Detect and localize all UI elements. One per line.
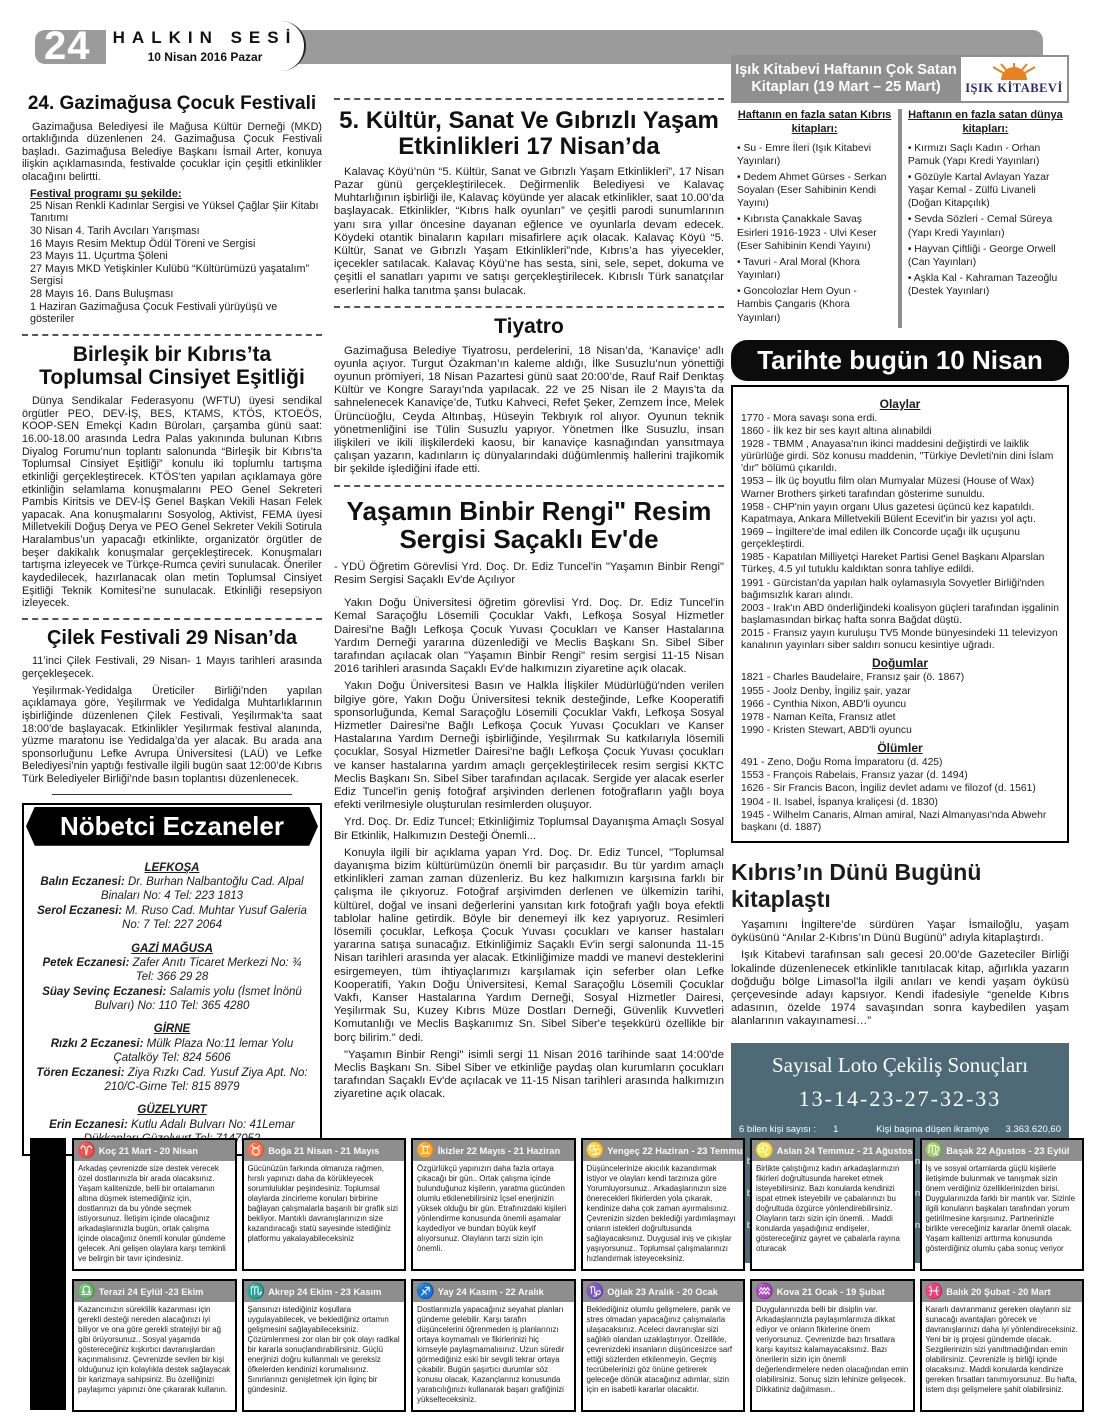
article-body: Konuyla ilgili bir açıklama yapan Yrd. D… [334,847,724,1045]
pharmacies-title: Nöbetci Eczaneler [26,807,318,846]
gemini-icon: ♊ [416,1143,435,1158]
program-item: 1 Haziran Gazimağusa Çocuk Festivali yür… [22,301,322,326]
program-item: 28 Mayıs 16. Dans Buluşması [22,288,322,301]
horoscope-text: Düşüncelerinize akıcılık kazandırmak ist… [583,1161,744,1267]
horoscope-card-terazi: ♎Terazi 24 Eylül -23 Ekim Kazancınızın s… [72,1279,237,1412]
article-title-festival: 24. Gazimağusa Çocuk Festivali [22,94,322,115]
bestseller-list-world: Haftanın en fazla satan dünya kitapları:… [902,109,1069,328]
article-body: Yeşilırmak-Yedidalga Üreticiler Birliği’… [22,685,322,786]
newspaper-page: 24 HALKIN SESİ 10 Nisan 2016 Pazar 24. G… [0,0,1102,1417]
pharmacy-detail: Ziya Rızkı Cad. Yusuf Ziya Apt. No: 210/… [104,1067,307,1093]
book-item: • Hayvan Çiftliği - George Orwell (Can Y… [908,243,1063,269]
horoscope-header: ♍Başak 22 Ağustos - 23 Eylül [922,1140,1083,1161]
section-header-births: Doğumlar [741,656,1059,670]
article-body: "Yaşamın Binbir Rengi" isimli sergi 11 N… [334,1049,724,1102]
horoscope-text: Kararlı davranmanız gereken olayların si… [922,1302,1083,1398]
city-header: GİRNE [34,1022,310,1036]
pharmacy-entry: Balın Eczanesi: Dr. Burhan Nalbantoğlu C… [34,875,310,904]
libra-icon: ♎ [77,1284,96,1299]
horoscope-text: Birlikte çalıştığınız kadın arkadaşların… [752,1161,913,1257]
city-header: LEFKOŞA [34,861,310,875]
horoscope-card-yay: ♐Yay 24 Kasım - 22 Aralık Dostlarınızla … [411,1279,576,1412]
pharmacy-name: Petek Eczanesi: [43,957,130,969]
aries-icon: ♈ [77,1143,96,1158]
horoscope-card-akrep: ♏Akrep 24 Ekim - 23 Kasım Şansınızı iste… [242,1279,407,1412]
horoscope-text: Gücünüzün farkında olmanıza rağmen, hırs… [244,1161,405,1247]
horoscope-text: Özgürlükçü yapınızın daha fazla ortaya ç… [413,1161,574,1257]
horoscope-header: ♉Boğa 21 Nisan - 21 Mayıs [244,1140,405,1161]
history-item: 1553 - François Rabelais, Fransız yazar … [741,770,1059,782]
article-body: Gazimağusa Belediye Tiyatrosu, perdeleri… [334,345,724,477]
program-item: 25 Nisan Renkli Kadınlar Sergisi ve Yüks… [22,200,322,225]
history-item: 1955 - Joolz Denby, İngiliz şair, yazar [741,686,1059,698]
pharmacy-entry: Serol Eczanesi: M. Ruso Cad. Muhtar Yusu… [34,904,310,933]
horoscope-title: Aslan 24 Temmuz - 21 Ağustos [777,1146,913,1156]
lotto-title: Sayısal Loto Çekiliş Sonuçları [739,1053,1061,1078]
sagittarius-icon: ♐ [416,1284,435,1299]
section-header-events: Olaylar [741,397,1059,411]
pharmacy-name: Erin Eczanesi: [49,1119,128,1131]
masthead: HALKIN SESİ 10 Nisan 2016 Pazar [106,21,306,71]
article-body: Gazimağusa Belediyesi ile Mağusa Kültür … [22,121,322,184]
pharmacy-name: Rızkı 2 Eczanesi: [51,1038,144,1050]
horoscope-header: ♊İkizler 22 Mayıs - 21 Haziran [413,1140,574,1161]
horoscope-header: ♑Oğlak 23 Aralık - 20 Ocak [583,1281,744,1302]
newspaper-title: HALKIN SESİ [113,28,298,48]
program-item: 27 Mayıs MKD Yetişkinler Kulübü “Kültürü… [22,263,322,288]
history-item: 1770 - Mora savaşı sona erdi. [741,413,1059,425]
left-column: 24. Gazimağusa Çocuk Festivali Gazimağus… [22,90,322,1156]
lotto-numbers: 13-14-23-27-32-33 [739,1086,1061,1112]
list-header: Haftanın en fazla satan dünya kitapları: [908,109,1063,137]
horoscope-title: Terazi 24 Eylül -23 Ekim [99,1287,204,1297]
pharmacies-list: LEFKOŞA Balın Eczanesi: Dr. Burhan Nalba… [24,848,320,1147]
book-item: • Kırmızı Saçlı Kadın - Orhan Pamuk (Yap… [908,142,1063,168]
history-item: 2003 - Irak'ın ABD önderliğindeki koalis… [741,603,1059,627]
book-item: • Dedem Ahmet Gürses - Serkan Soyalan (E… [737,171,892,211]
page-number: 24 [44,24,91,69]
article-body: Yakın Doğu Üniversitesi Basın ve Halkla … [334,680,724,812]
horoscope-card-basak: ♍Başak 22 Ağustos - 23 Eylül İş ve sosya… [920,1138,1085,1271]
horoscope-text: Kazancınızın süreklilik kazanması için g… [74,1302,235,1398]
history-item: 1969 – İngiltere'de imal edilen ilk Conc… [741,527,1059,551]
bookstore-logo: IŞIK KİTABEVİ [961,57,1067,101]
horoscope-header: ♋Yengeç 22 Haziran - 23 Temmuz [583,1140,744,1161]
list-header: Haftanın en fazla satan Kıbrıs kitapları… [737,109,892,137]
cancer-icon: ♋ [586,1143,605,1158]
horoscope-card-aslan: ♌Aslan 24 Temmuz - 21 Ağustos Birlikte ç… [750,1138,915,1271]
book-item: • Tavuri - Aral Moral (Khora Yayınları) [737,256,892,282]
horoscope-text: Dostlarınızla yapacağınız seyahat planla… [413,1302,574,1408]
taurus-icon: ♉ [247,1143,266,1158]
leo-icon: ♌ [755,1143,774,1158]
dashed-divider [334,98,724,100]
history-item: 1945 - Wilhelm Canaris, Alman amiral, Na… [741,810,1059,834]
history-item: 1626 - Sir Francis Bacon, İngiliz devlet… [741,783,1059,795]
horoscope-header: ♎Terazi 24 Eylül -23 Ekim [74,1281,235,1302]
pisces-icon: ♓ [925,1284,944,1299]
horoscope-title: Koç 21 Mart - 20 Nisan [99,1146,198,1156]
article-title-cilek: Çilek Festivali 29 Nisan’da [22,628,322,650]
horoscope-text: Şansınızı istediğiniz koşullara uygulaya… [244,1302,405,1398]
horoscope-card-boga: ♉Boğa 21 Nisan - 21 Mayıs Gücünüzün fark… [242,1138,407,1271]
article-title-kitap: Kıbrıs’ın Dünü Bugünü kitaplaştı [731,859,1069,913]
horoscope-card-koc: ♈Koç 21 Mart - 20 Nisan Arkadaş çevreniz… [72,1138,237,1271]
horoscope-title: Akrep 24 Ekim - 23 Kasım [268,1287,381,1297]
solid-divider [52,794,292,795]
city-header: GAZİ MAĞUSA [34,942,310,956]
history-today-title: Tarihte bugün 10 Nisan [731,340,1069,381]
article-body: Işık Kitabevi tarafınsan salı gecesi 20.… [731,949,1069,1028]
horoscope-text: İş ve sosyal ortamlarda güçlü kişilerle … [922,1161,1083,1257]
program-item: 16 Mayıs Resim Mektup Ödül Töreni ve Ser… [22,238,322,251]
bookstore-logo-text: IŞIK KİTABEVİ [965,81,1063,96]
middle-column: 5. Kültür, Sanat Ve Gıbrızlı Yaşam Etkin… [334,90,724,1106]
article-title-kultur: 5. Kültür, Sanat Ve Gıbrızlı Yaşam Etkin… [334,108,724,160]
horoscope-title: Başak 22 Ağustos - 23 Eylül [946,1146,1069,1156]
article-lead: - YDÜ Öğretim Görevlisi Yrd. Doç. Dr. Ed… [334,561,724,587]
horoscope-card-balik: ♓Balık 20 Şubat - 20 Mart Kararlı davran… [920,1279,1085,1412]
horoscope-title: Boğa 21 Nisan - 21 Mayıs [268,1146,379,1156]
horoscope-card-yengec: ♋Yengeç 22 Haziran - 23 Temmuz Düşüncele… [581,1138,746,1271]
bestseller-list-cyprus: Haftanın en fazla satan Kıbrıs kitapları… [731,109,898,328]
right-column: Işık Kitabevi Haftanın Çok Satan Kitapla… [731,55,1069,1263]
program-subtitle: Festival programı şu şekilde: [22,188,322,200]
horoscope-title: Balık 20 Şubat - 20 Mart [946,1287,1050,1297]
horoscope-header: ♏Akrep 24 Ekim - 23 Kasım [244,1281,405,1302]
city-header: GÜZELYURT [34,1103,310,1117]
pharmacy-entry: Süay Sevinç Eczanesi: Salamis yolu (İsme… [34,985,310,1014]
horoscope-card-kova: ♒Kova 21 Ocak - 19 Şubat Duygularınızda … [750,1279,915,1412]
horoscope-title: Oğlak 23 Aralık - 20 Ocak [607,1287,718,1297]
book-item: • Aşkla Kal - Kahraman Tazeoğlu (Destek … [908,272,1063,298]
scorpio-icon: ♏ [247,1284,266,1299]
dashed-divider [22,618,322,620]
pharmacy-entry: Petek Eczanesi: Zafer Anıtı Ticaret Merk… [34,956,310,985]
section-header-deaths: Ölümler [741,741,1059,755]
history-item: 1953 – İlk üç boyutlu film olan Mumyalar… [741,476,1059,500]
article-title-resim: Yaşamın Binbir Rengi" Resim Sergisi Saça… [334,497,724,553]
history-item: 1958 - CHP'nin yayın organı Ulus gazetes… [741,502,1059,526]
horoscope-text: Duygularınızda belli bir disiplin var. A… [752,1302,913,1398]
pharmacy-detail: Zafer Anıtı Ticaret Merkezi No: ¾ Tel: 3… [133,957,302,983]
history-item: 1966 - Cynthia Nixon, ABD'li oyuncu [741,699,1059,711]
pharmacy-detail: M. Ruso Cad. Muhtar Yusuf Galeria No: 7 … [122,905,307,931]
book-item: • Kıbrısta Çanakkale Savaş Esirleri 1916… [737,213,892,253]
pharmacies-box: Nöbetci Eczaneler LEFKOŞA Balın Eczanesi… [22,803,322,1157]
article-body: Dünya Sendikalar Federasyonu (WFTU) üyes… [22,395,322,610]
horoscope-banner: YILDIZINIZ NE DİYOR ? ✾ [30,1138,66,1410]
horoscope-card-ikizler: ♊İkizler 22 Mayıs - 21 Haziran Özgürlükç… [411,1138,576,1271]
program-item: 30 Nisan 4. Tarih Avcıları Yarışması [22,225,322,238]
program-item: 23 Mayıs 11. Uçurtma Şöleni [22,250,322,263]
pharmacy-entry: Tören Eczanesi: Ziya Rızkı Cad. Yusuf Zi… [34,1066,310,1095]
horoscope-text: Arkadaş çevrenizde size destek verecek ö… [74,1161,235,1267]
issue-date: 10 Nisan 2016 Pazar [148,50,263,64]
horoscope-text: Beklediğiniz olumlu gelişmelere, panik v… [583,1302,744,1398]
article-body: Yakın Doğu Üniversitesi öğretim görevlis… [334,597,724,676]
article-body: 11’inci Çilek Festivali, 29 Nisan- 1 May… [22,655,322,680]
pharmacy-entry: Rızkı 2 Eczanesi: Mülk Plaza No:11 lemar… [34,1037,310,1066]
dashed-divider [22,334,322,336]
history-item: 491 - Zeno, Doğu Roma İmparatoru (d. 425… [741,757,1059,769]
bookstore-banner: Işık Kitabevi Haftanın Çok Satan Kitapla… [731,55,1069,103]
horoscope-header: ♐Yay 24 Kasım - 22 Aralık [413,1281,574,1302]
capricorn-icon: ♑ [586,1284,605,1299]
article-title-cinsiyet: Birleşik bir Kıbrıs’ta Toplumsal Cinsiye… [22,344,322,389]
pharmacy-detail: Dr. Burhan Nalbantoğlu Cad. Alpal Binala… [101,876,304,902]
history-item: 1985 - Kapatılan Milliyetçi Hareket Part… [741,552,1059,576]
horoscope-header: ♒Kova 21 Ocak - 19 Şubat [752,1281,913,1302]
horoscope-grid: ♈Koç 21 Mart - 20 Nisan Arkadaş çevreniz… [72,1138,1084,1412]
sun-rays-icon [987,63,1041,81]
history-item: 1904 - II. Isabel, İspanya kraliçesi (d.… [741,797,1059,809]
bookstore-banner-title: Işık Kitabevi Haftanın Çok Satan Kitapla… [731,62,961,97]
history-item: 1978 - Naman Keïta, Fransız atlet [741,712,1059,724]
pharmacy-name: Tören Eczanesi: [36,1067,124,1079]
aquarius-icon: ♒ [755,1284,774,1299]
horoscope-header: ♓Balık 20 Şubat - 20 Mart [922,1281,1083,1302]
article-body: Yrd. Doç. Dr. Ediz Tuncel; Etkinliğimiz … [334,816,724,842]
history-item: 2015 - Fransız yayın kuruluşu TV5 Monde … [741,628,1059,652]
history-item: 1928 - TBMM , Anayasa'nın ikinci maddesi… [741,439,1059,475]
history-item: 1860 - İlk kez bir ses kayıt altına alın… [741,426,1059,438]
horoscope-title: İkizler 22 Mayıs - 21 Haziran [438,1146,560,1156]
article-body: Kalavaç Köyü’nün “5. Kültür, Sanat ve Gı… [334,166,724,298]
horoscope-header: ♌Aslan 24 Temmuz - 21 Ağustos [752,1140,913,1161]
history-item: 1991 - Gürcistan'da yapılan halk oylamas… [741,578,1059,602]
history-item: 1990 - Kristen Stewart, ABD'li oyuncu [741,725,1059,737]
dashed-divider [334,485,724,487]
book-item: • Gözüyle Kartal Avlayan Yazar Yaşar Kem… [908,171,1063,211]
history-today-box: Olaylar 1770 - Mora savaşı sona erdi. 18… [731,385,1069,843]
bestseller-lists: Haftanın en fazla satan Kıbrıs kitapları… [731,109,1069,328]
horoscope-title: Kova 21 Ocak - 19 Şubat [777,1287,885,1297]
virgo-icon: ♍ [925,1143,944,1158]
horoscope-title: Yengeç 22 Haziran - 23 Temmuz [607,1146,745,1156]
book-item: • Su - Emre İleri (Işık Kitabevi Yayınla… [737,142,892,168]
pharmacy-name: Serol Eczanesi: [37,905,122,917]
article-body: Yaşamını İngiltere’de sürdüren Yaşar İsm… [731,919,1069,945]
horoscope-header: ♈Koç 21 Mart - 20 Nisan [74,1140,235,1161]
book-item: • Goncolozlar Hem Oyun - Hambis Çangaris… [737,285,892,325]
pharmacy-name: Balın Eczanesi: [40,876,124,888]
dashed-divider [334,306,724,308]
article-title-tiyatro: Tiyatro [334,316,724,339]
history-item: 1821 - Charles Baudelaire, Fransız şair … [741,672,1059,684]
book-item: • Sevda Sözleri - Cemal Süreya (Yapı Kre… [908,213,1063,239]
pharmacy-name: Süay Sevinç Eczanesi: [42,986,166,998]
horoscope-title: Yay 24 Kasım - 22 Aralık [438,1287,544,1297]
horoscope-card-oglak: ♑Oğlak 23 Aralık - 20 Ocak Beklediğiniz … [581,1279,746,1412]
